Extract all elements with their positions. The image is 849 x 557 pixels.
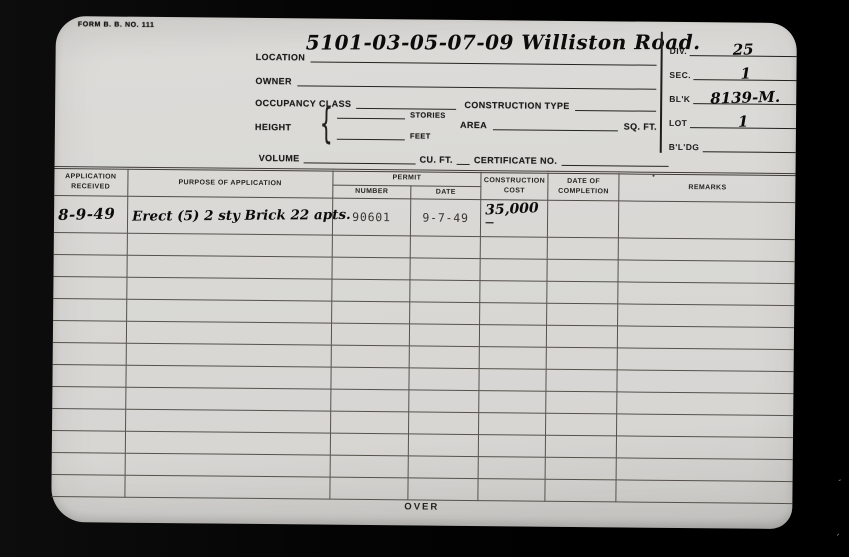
- col-permit: PERMIT: [333, 170, 481, 186]
- height-label: HEIGHT: [255, 122, 292, 132]
- volume-label: VOLUME: [259, 153, 300, 163]
- form-number: FORM B. B. NO. 111: [78, 21, 155, 29]
- parcel-row-sec: SEC. 1: [662, 56, 796, 81]
- bldg-label: B'L'DG: [669, 142, 700, 152]
- scan-artifact: ’: [833, 533, 840, 543]
- area-underline: [493, 119, 618, 131]
- div-value: 25: [733, 40, 754, 59]
- sec-underline: 1: [694, 55, 797, 81]
- lot-value: 1: [738, 112, 749, 130]
- cell-cost: 35,000—: [480, 200, 547, 238]
- location-label: LOCATION: [256, 52, 306, 62]
- lot-label: LOT: [669, 118, 687, 128]
- certificate-underline: [561, 154, 669, 167]
- sq-ft-label: SQ. FT.: [624, 121, 657, 131]
- permit-table: APPLICATION RECEIVED PURPOSE OF APPLICAT…: [51, 166, 795, 504]
- height-stories-field: STORIES: [337, 109, 455, 120]
- cell-purpose: Erect (5) 2 sty Brick 22 apts.: [127, 196, 333, 235]
- brace-glyph: {: [319, 103, 333, 145]
- blk-value: 8139-M.: [710, 88, 780, 108]
- feet-label: FEET: [410, 131, 431, 140]
- cell-permit-date: 9-7-49: [410, 199, 480, 237]
- blk-label: BL'K: [669, 94, 690, 104]
- parcel-row-bldg: B'L'DG: [662, 128, 796, 153]
- col-application-received: APPLICATION RECEIVED: [54, 167, 127, 196]
- parcel-row-lot: LOT 1: [662, 104, 796, 129]
- certificate-no-label: CERTIFICATE NO.: [474, 155, 557, 166]
- parcel-row-blk: BL'K 8139-M.: [662, 80, 796, 105]
- scan-artifact-dot: [652, 175, 654, 177]
- div-label: DIV.: [670, 46, 687, 56]
- construction-type-underline: [575, 94, 657, 112]
- permit-table-body: 8-9-49 Erect (5) 2 sty Brick 22 apts. 90…: [51, 195, 795, 503]
- cell-received: 8-9-49: [54, 195, 127, 233]
- div-underline: 25: [690, 31, 797, 57]
- parcel-box: DIV. 25 SEC. 1 BL'K 8139-M. LOT 1 B'L'DG: [660, 32, 797, 154]
- scan-artifact: ’: [833, 478, 842, 488]
- col-permit-date: DATE: [411, 185, 481, 199]
- volume-underline: [304, 151, 416, 164]
- col-purpose: PURPOSE OF APPLICATION: [127, 168, 333, 198]
- col-date-of-completion: DATE OF COMPLETION: [548, 172, 619, 201]
- blk-underline: 8139-M.: [693, 79, 796, 105]
- owner-field: OWNER: [255, 70, 656, 90]
- feet-underline: [337, 130, 405, 141]
- area-field: AREA SQ. FT.: [460, 120, 657, 132]
- cell-remarks: [619, 201, 796, 240]
- sec-label: SEC.: [669, 70, 691, 80]
- col-construction-cost: CONSTRUCTION COST: [481, 172, 548, 201]
- owner-underline: [297, 69, 657, 89]
- height-feet-field: FEET: [337, 131, 455, 141]
- cell-completion: [548, 200, 619, 238]
- certificate-gap-underline: [457, 153, 470, 165]
- owner-label: OWNER: [255, 76, 292, 86]
- stories-label: STORIES: [410, 110, 446, 119]
- sec-value: 1: [740, 64, 751, 82]
- location-value: 5101-03-05-07-09 Williston Road.: [306, 30, 701, 54]
- lot-underline: 1: [690, 103, 796, 129]
- col-permit-number: NUMBER: [333, 185, 411, 199]
- parcel-row-div: DIV. 25: [663, 32, 797, 57]
- bldg-underline: [702, 127, 796, 153]
- stories-underline: [337, 108, 405, 120]
- cu-ft-label: CU. FT.: [419, 154, 452, 164]
- record-card: FORM B. B. NO. 111 LOCATION 5101-03-05-0…: [51, 16, 797, 529]
- col-remarks: REMARKS: [619, 173, 796, 203]
- area-label: AREA: [460, 120, 487, 130]
- volume-field: VOLUME CU. FT. CERTIFICATE NO.: [255, 152, 669, 167]
- cost-dash-mark: —: [485, 218, 494, 228]
